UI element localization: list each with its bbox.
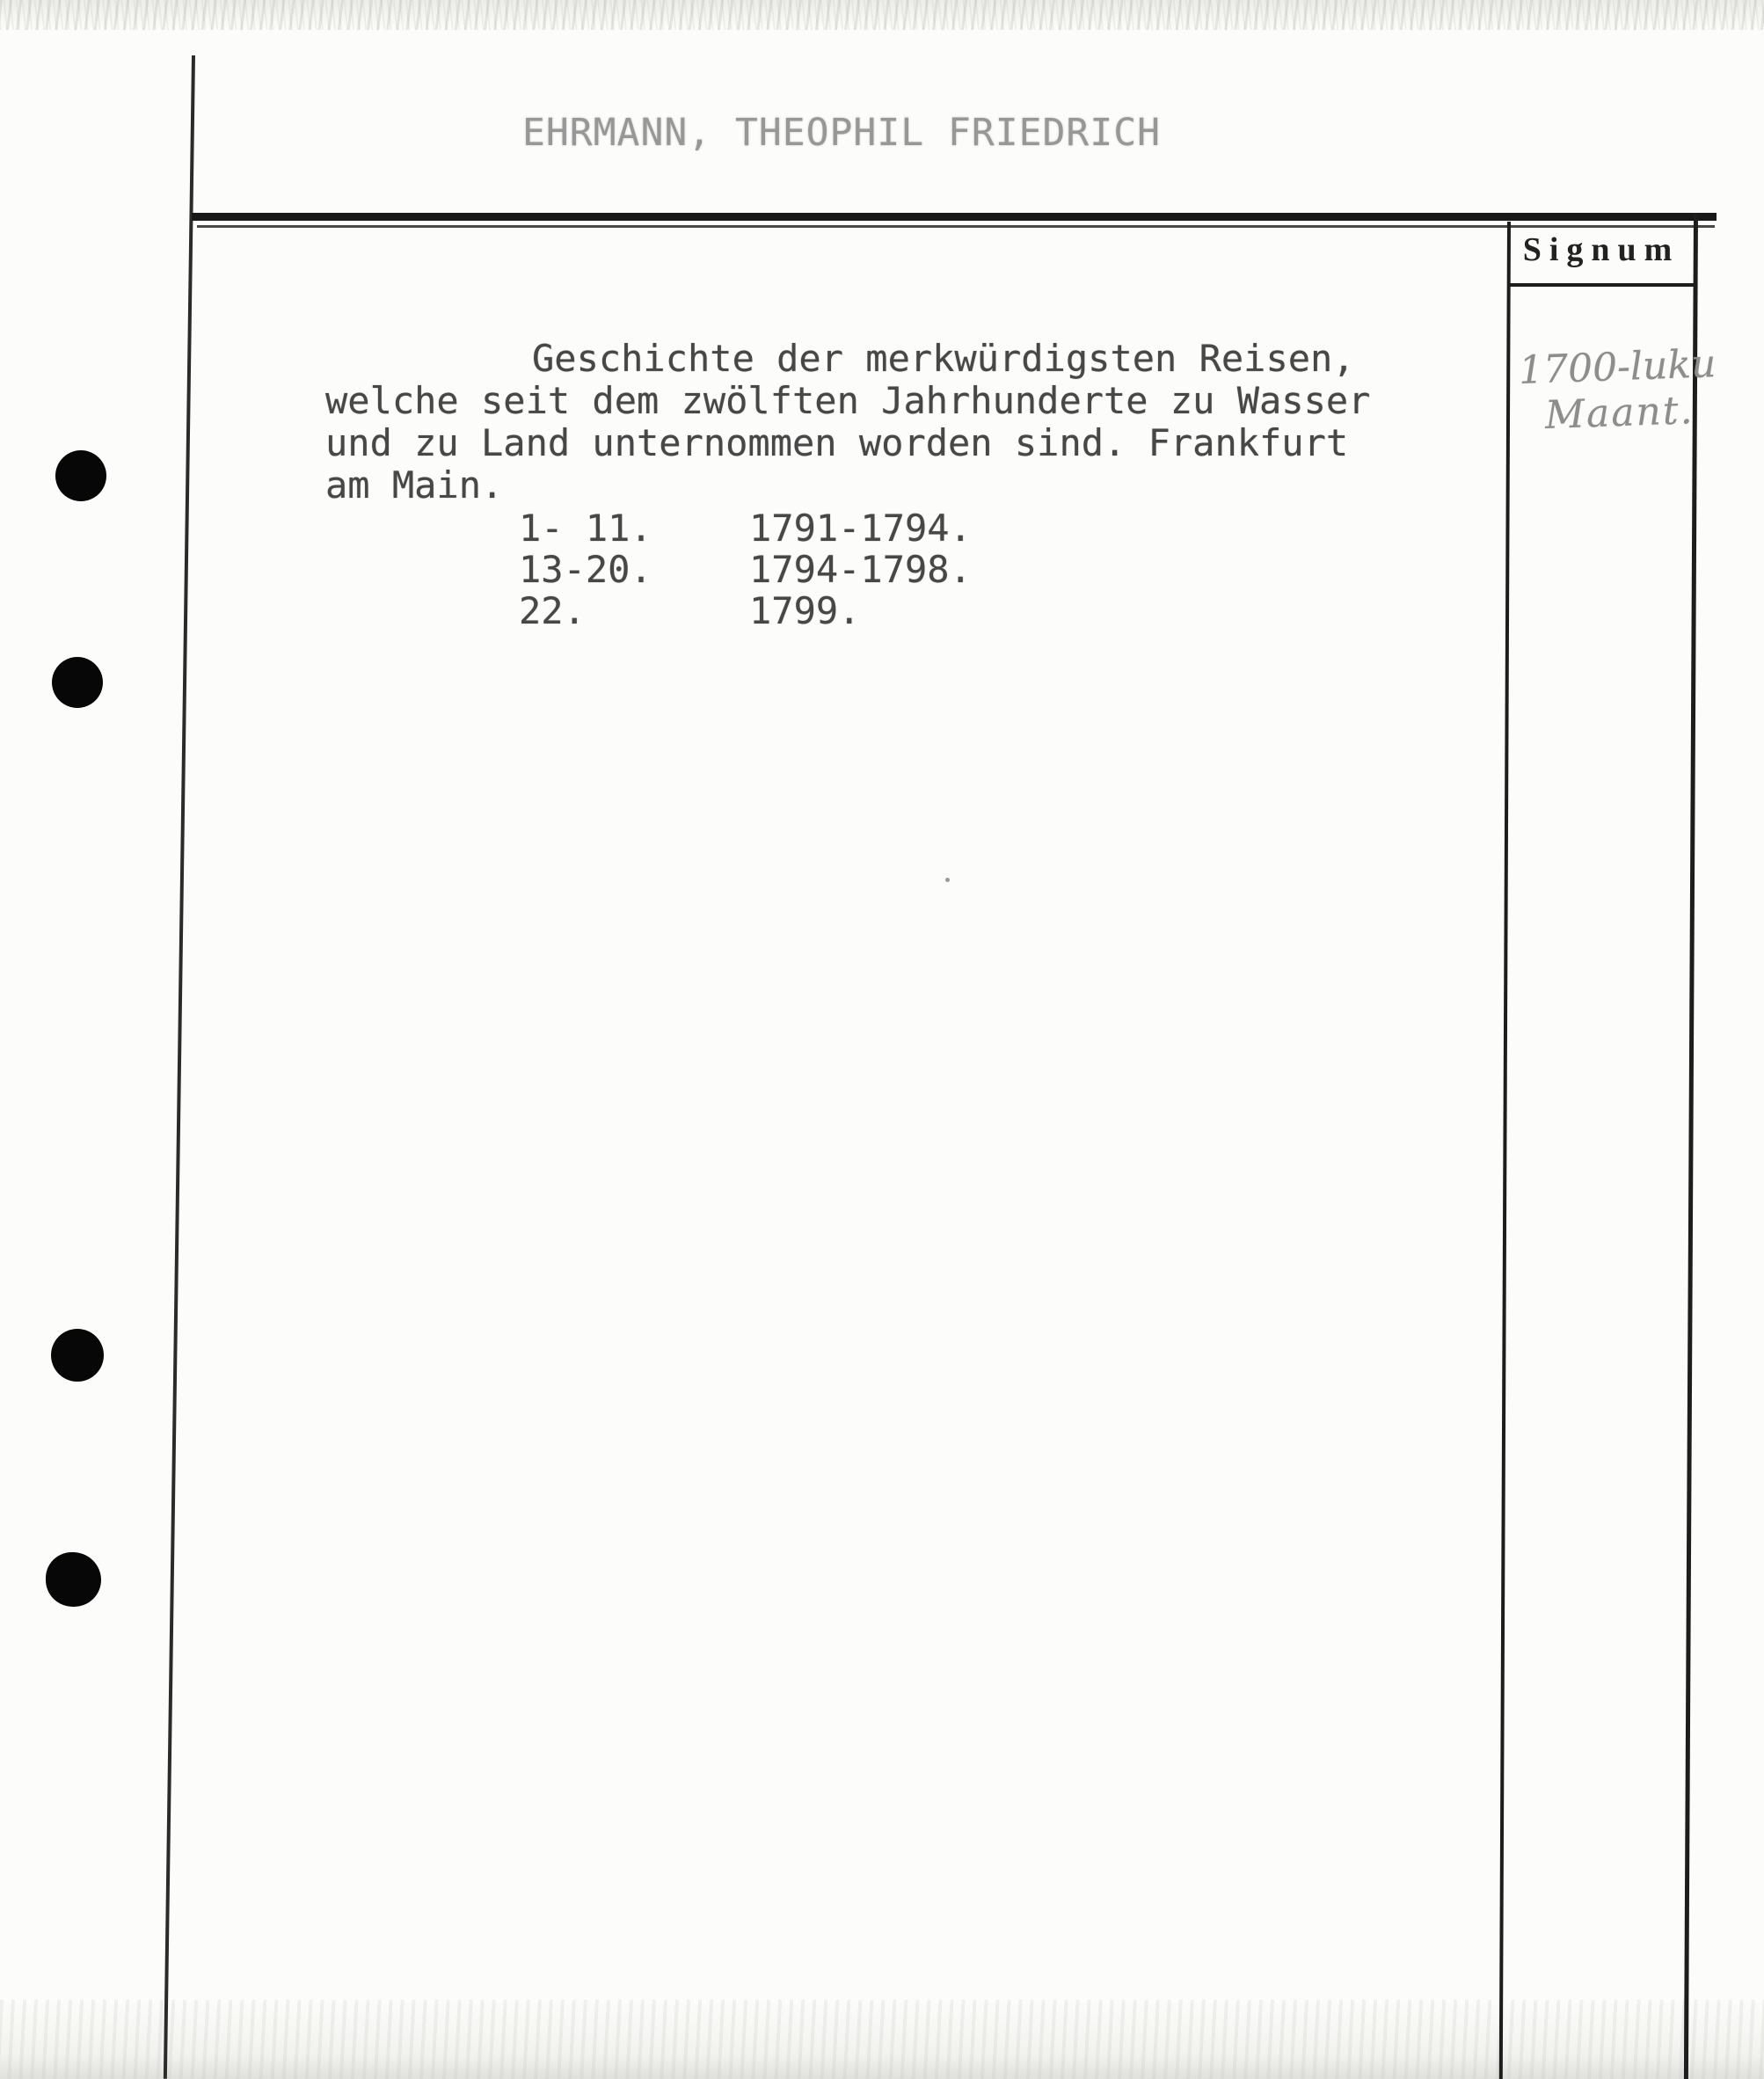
entry-title-line-3: und zu Land unternommen worden sind. Fra… [325,422,1407,464]
left-margin-rule [164,55,195,2079]
entry-title: Geschichte der merkwürdigsten Reisen, we… [325,338,1407,507]
entry-title-line-1: Geschichte der merkwürdigsten Reisen, [325,338,1407,380]
signum-header-bottom-rule [1509,283,1696,287]
signum-column-header: Signum [1509,230,1694,269]
handwritten-note-line-1: 1700-luku [1518,341,1722,394]
header-rule-thick [192,213,1717,221]
volume-years: 1794-1798. [749,548,972,591]
signum-column-right-rule [1684,214,1698,2079]
volume-numbers: 22. [519,589,586,632]
scan-speck [945,878,950,882]
header-rule-thin [197,225,1715,228]
punch-hole-3 [51,1329,104,1382]
author-heading: EHRMANN, THEOPHIL FRIEDRICH [522,111,1161,155]
volume-years: 1799. [749,589,860,632]
entry-title-line-2: welche seit dem zwölften Jahrhunderte zu… [325,380,1407,422]
volume-years: 1791-1794. [749,507,972,550]
punch-hole-4 [46,1552,101,1607]
handwritten-note-line-2: Maant. [1520,387,1724,440]
scan-top-edge-texture [0,0,1764,30]
volume-numbers: 1- 11. [519,507,652,550]
scanned-catalog-card: EHRMANN, THEOPHIL FRIEDRICH Signum 1700-… [0,0,1764,2079]
handwritten-signum-note: 1700-luku Maant. [1518,341,1723,440]
volume-numbers: 13-20. [519,548,652,591]
signum-column-left-rule [1499,222,1511,2079]
punch-hole-2 [52,657,103,708]
punch-hole-1 [55,450,106,501]
entry-title-line-4: am Main. [325,464,1407,507]
